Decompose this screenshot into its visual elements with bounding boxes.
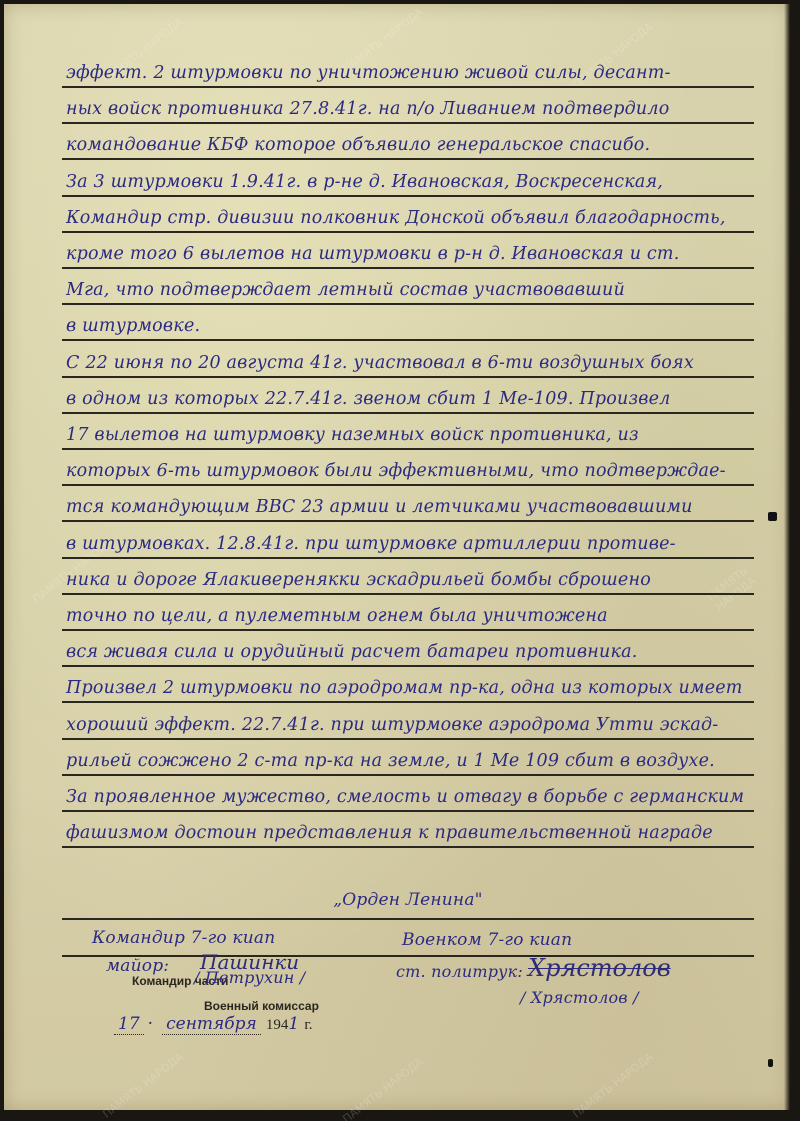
handwritten-text-line: в одном из которых 22.7.41г. звеном сбит…: [66, 389, 671, 409]
ruled-line: эффект. 2 штурмовки по уничтожению живой…: [62, 48, 754, 88]
ruled-line: фашизмом достоин представления к правите…: [62, 808, 754, 848]
handwritten-text-line: командование КБФ которое объявило генера…: [66, 135, 650, 155]
ruled-line: рильей сожжено 2 с-та пр-ка на земле, и …: [62, 736, 754, 776]
commander-title: Командир 7-го киап: [92, 928, 275, 948]
ruled-line: С 22 июня по 20 августа 41г. участвовал …: [62, 338, 754, 378]
commander-rank: майор:: [106, 956, 169, 976]
ruled-line: 17 вылетов на штурмовку наземных войск п…: [62, 410, 754, 450]
date-year-handwritten: 1: [288, 1014, 299, 1034]
handwritten-text-line: эффект. 2 штурмовки по уничтожению живой…: [66, 63, 671, 83]
handwritten-text-line: рильей сожжено 2 с-та пр-ка на земле, и …: [66, 751, 715, 771]
handwritten-text-line: Произвел 2 штурмовки по аэродромам пр-ка…: [66, 678, 743, 698]
handwritten-text-line: в штурмовках. 12.8.41г. при штурмовке ар…: [66, 534, 676, 554]
handwritten-text-line: в штурмовке.: [66, 316, 200, 336]
ruled-line: ника и дороге Ялакиверенякки эскадрильей…: [62, 555, 754, 595]
document-date: 17· сентября 1941 г.: [114, 1014, 313, 1034]
ruled-line: Мга, что подтверждает летный состав учас…: [62, 265, 754, 305]
ruled-line: в одном из которых 22.7.41г. звеном сбит…: [62, 374, 754, 414]
commissar-title: Военком 7-го киап: [402, 930, 572, 950]
handwritten-text-line: ных войск противника 27.8.41г. на п/о Ли…: [66, 99, 669, 119]
handwritten-text-line: ника и дороге Ялакиверенякки эскадрильей…: [66, 570, 651, 590]
date-day: 17: [114, 1014, 144, 1035]
handwritten-text-line: которых 6-ть штурмовок были эффективными…: [66, 461, 726, 481]
ruled-line: За 3 штурмовки 1.9.41г. в р-не д. Иванов…: [62, 157, 754, 197]
handwritten-text-line: фашизмом достоин представления к правите…: [66, 823, 713, 843]
handwritten-text-line: С 22 июня по 20 августа 41г. участвовал …: [66, 353, 694, 373]
ruled-line: в штурмовках. 12.8.41г. при штурмовке ар…: [62, 519, 754, 559]
watermark: ПАМЯТЬ НАРОДА: [340, 1055, 425, 1121]
handwritten-text-line: Командир стр. дивизии полковник Донской …: [66, 208, 726, 228]
ruled-line: Произвел 2 штурмовки по аэродромам пр-ка…: [62, 663, 754, 703]
watermark: ПАМЯТЬ НАРОДА: [100, 1050, 185, 1121]
ruled-line: точно по цели, а пулеметным огнем была у…: [62, 591, 754, 631]
ruled-line: в штурмовке.: [62, 301, 754, 341]
commissar-rank: ст. политрук:: [396, 962, 523, 981]
commissar-name: / Хрястолов /: [520, 988, 639, 1007]
punch-hole-mark: [768, 512, 777, 521]
handwritten-text-line: вся живая сила и орудийный расчет батаре…: [66, 642, 638, 662]
handwritten-text-line: 17 вылетов на штурмовку наземных войск п…: [66, 425, 639, 445]
ruled-line: хороший эффект. 22.7.41г. при штурмовке …: [62, 700, 754, 740]
commander-name: / Петрухин /: [194, 968, 305, 987]
printed-commissar-label: Военный комиссар: [204, 999, 319, 1013]
date-year-printed: 194: [266, 1017, 289, 1033]
award-title-line: „Орден Ленина": [62, 870, 754, 920]
ruled-line: вся живая сила и орудийный расчет батаре…: [62, 627, 754, 667]
date-suffix: г.: [304, 1017, 312, 1033]
handwritten-text-line: За проявленное мужество, смелость и отва…: [66, 787, 744, 807]
page-edge-shadow: [784, 4, 790, 1110]
handwritten-text-line: кроме того 6 вылетов на штурмовки в р-н …: [66, 244, 680, 264]
ruled-line: которых 6-ть штурмовок были эффективными…: [62, 446, 754, 486]
watermark: ПАМЯТЬ НАРОДА: [570, 1050, 655, 1121]
document-page: ПАМЯТЬ НАРОДА ПАМЯТЬ НАРОДА ПАМЯТЬ НАРОД…: [4, 4, 790, 1110]
handwritten-text-line: За 3 штурмовки 1.9.41г. в р-не д. Иванов…: [66, 172, 663, 192]
handwritten-text-line: хороший эффект. 22.7.41г. при штурмовке …: [66, 715, 718, 735]
ruled-line: командование КБФ которое объявило генера…: [62, 120, 754, 160]
ruled-line: кроме того 6 вылетов на штурмовки в р-н …: [62, 229, 754, 269]
ruled-line: Командир стр. дивизии полковник Донской …: [62, 193, 754, 233]
handwritten-text-line: тся командующим ВВС 23 армии и летчиками…: [66, 497, 693, 517]
award-name: „Орден Ленина": [62, 890, 754, 910]
ruled-line: тся командующим ВВС 23 армии и летчиками…: [62, 482, 754, 522]
commissar-signature: Хрястолов: [528, 954, 671, 982]
ruled-line: ных войск противника 27.8.41г. на п/о Ли…: [62, 84, 754, 124]
punch-hole-mark: [768, 1059, 773, 1067]
handwritten-text-line: Мга, что подтверждает летный состав учас…: [66, 280, 625, 300]
date-month: сентября: [162, 1014, 261, 1035]
ruled-line: За проявленное мужество, смелость и отва…: [62, 772, 754, 812]
handwritten-text-line: точно по цели, а пулеметным огнем была у…: [66, 606, 608, 626]
